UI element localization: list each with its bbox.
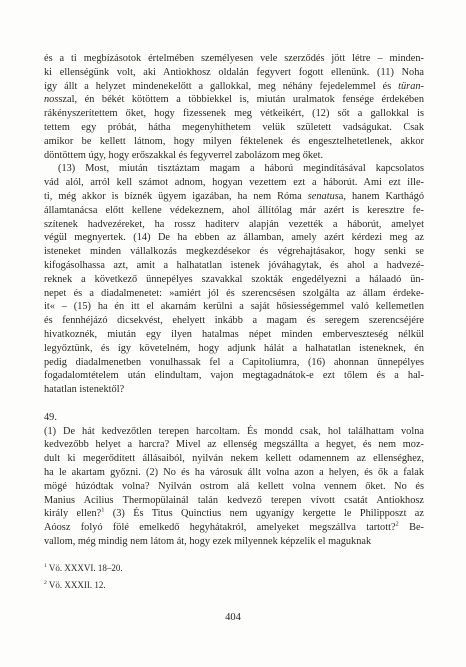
- text-line: nepet és a diadalmenetet: »amiért jól és…: [44, 287, 424, 301]
- text-line: hatatlan istenektől?: [44, 383, 424, 397]
- text-line: mögé húzódtak volna? Nyilván ostrom alá …: [44, 480, 424, 494]
- text-line: végül megnyertek. (14) De ha ebben az ál…: [44, 231, 424, 245]
- book-page: és a ti megbízásotok értelmében személye…: [0, 0, 466, 667]
- text-line: és a ti megbízásotok értelmében személye…: [44, 52, 424, 66]
- text-line: ti, még akkor is bíznék ügyem igazában, …: [44, 190, 424, 204]
- body-text: és a ti megbízásotok értelmében személye…: [44, 52, 424, 549]
- text-line: hivatkoznék, miután egy ilyen hatalmas n…: [44, 328, 424, 342]
- footnotes: 1 Vö. XXXVI. 18–20.2 Vö. XXXII. 12.: [44, 560, 424, 593]
- text-line: legyőztünk, és így követelném, hogy adju…: [44, 342, 424, 356]
- text-line: ha le akartam győzni. (2) No és ha város…: [44, 466, 424, 480]
- text-line: it« – (15) ha én itt el akarnám kerülni …: [44, 300, 424, 314]
- text-line: Aóosz folyó fölé emelkedő hegyhátakról, …: [44, 521, 424, 535]
- text-line: amikor be kellett látnom, hogy milyen fé…: [44, 135, 424, 149]
- footnote-marker: 1: [44, 563, 47, 569]
- text-line: pedig diadalmenetben vonulhassak fel a C…: [44, 356, 424, 370]
- text-line: vád alól, arról kell számot adnom, hogya…: [44, 176, 424, 190]
- text-line: döntöttem úgy, hogy erőszakkal és fegyve…: [44, 149, 424, 163]
- text-line: ki ellenségünk volt, aki Antiokhosz olda…: [44, 66, 424, 80]
- text-line: király ellen?1 (3) És Titus Quinctius ne…: [44, 507, 424, 521]
- paragraph-spacer: [44, 397, 424, 411]
- text-line: szítenek hadvezéreket, ha rossz haditerv…: [44, 218, 424, 232]
- footnote: 2 Vö. XXXII. 12.: [44, 577, 424, 594]
- page-number: 404: [0, 612, 466, 623]
- text-line: kifogásolhassa azt, amit a halhatatlan i…: [44, 259, 424, 273]
- footnote-marker: 2: [44, 580, 47, 586]
- text-line: tettem egy próbát, hátha megenyhíthetem …: [44, 121, 424, 135]
- text-line: dult ki megerődített állásaiból, nyilván…: [44, 452, 424, 466]
- footnote: 1 Vö. XXXVI. 18–20.: [44, 560, 424, 577]
- text-line: államtanácsa előtt kellene védekeznem, a…: [44, 204, 424, 218]
- text-line: reknek a következő ünnepélyes szavakkal …: [44, 273, 424, 287]
- text-line: fogadalomtételem után elindultam, vajon …: [44, 369, 424, 383]
- text-line: vallom, még mindig nem látom át, hogy ez…: [44, 535, 424, 549]
- text-line: isteneket minden vállalkozás megkezdések…: [44, 245, 424, 259]
- section-heading: 49.: [44, 411, 424, 425]
- text-line: kedvezőbb helyet a harcra? Mivel az elle…: [44, 438, 424, 452]
- text-line: nosszal, én békét kötöttem a többiekkel …: [44, 93, 424, 107]
- text-line: és fennhéjázó dicsekvést, ehelyett inkáb…: [44, 314, 424, 328]
- text-line: rákényszerítettem őket, hogy fizessenek …: [44, 107, 424, 121]
- text-line: így állt a helyzet mindenekelőtt a gallo…: [44, 80, 424, 94]
- text-line: (1) De hát kedvezőtlen terepen harcoltam…: [44, 425, 424, 439]
- text-line: Manius Acilius Thermopülainál talán kedv…: [44, 494, 424, 508]
- text-line: (13) Most, miután tisztáztam magam a háb…: [44, 162, 424, 176]
